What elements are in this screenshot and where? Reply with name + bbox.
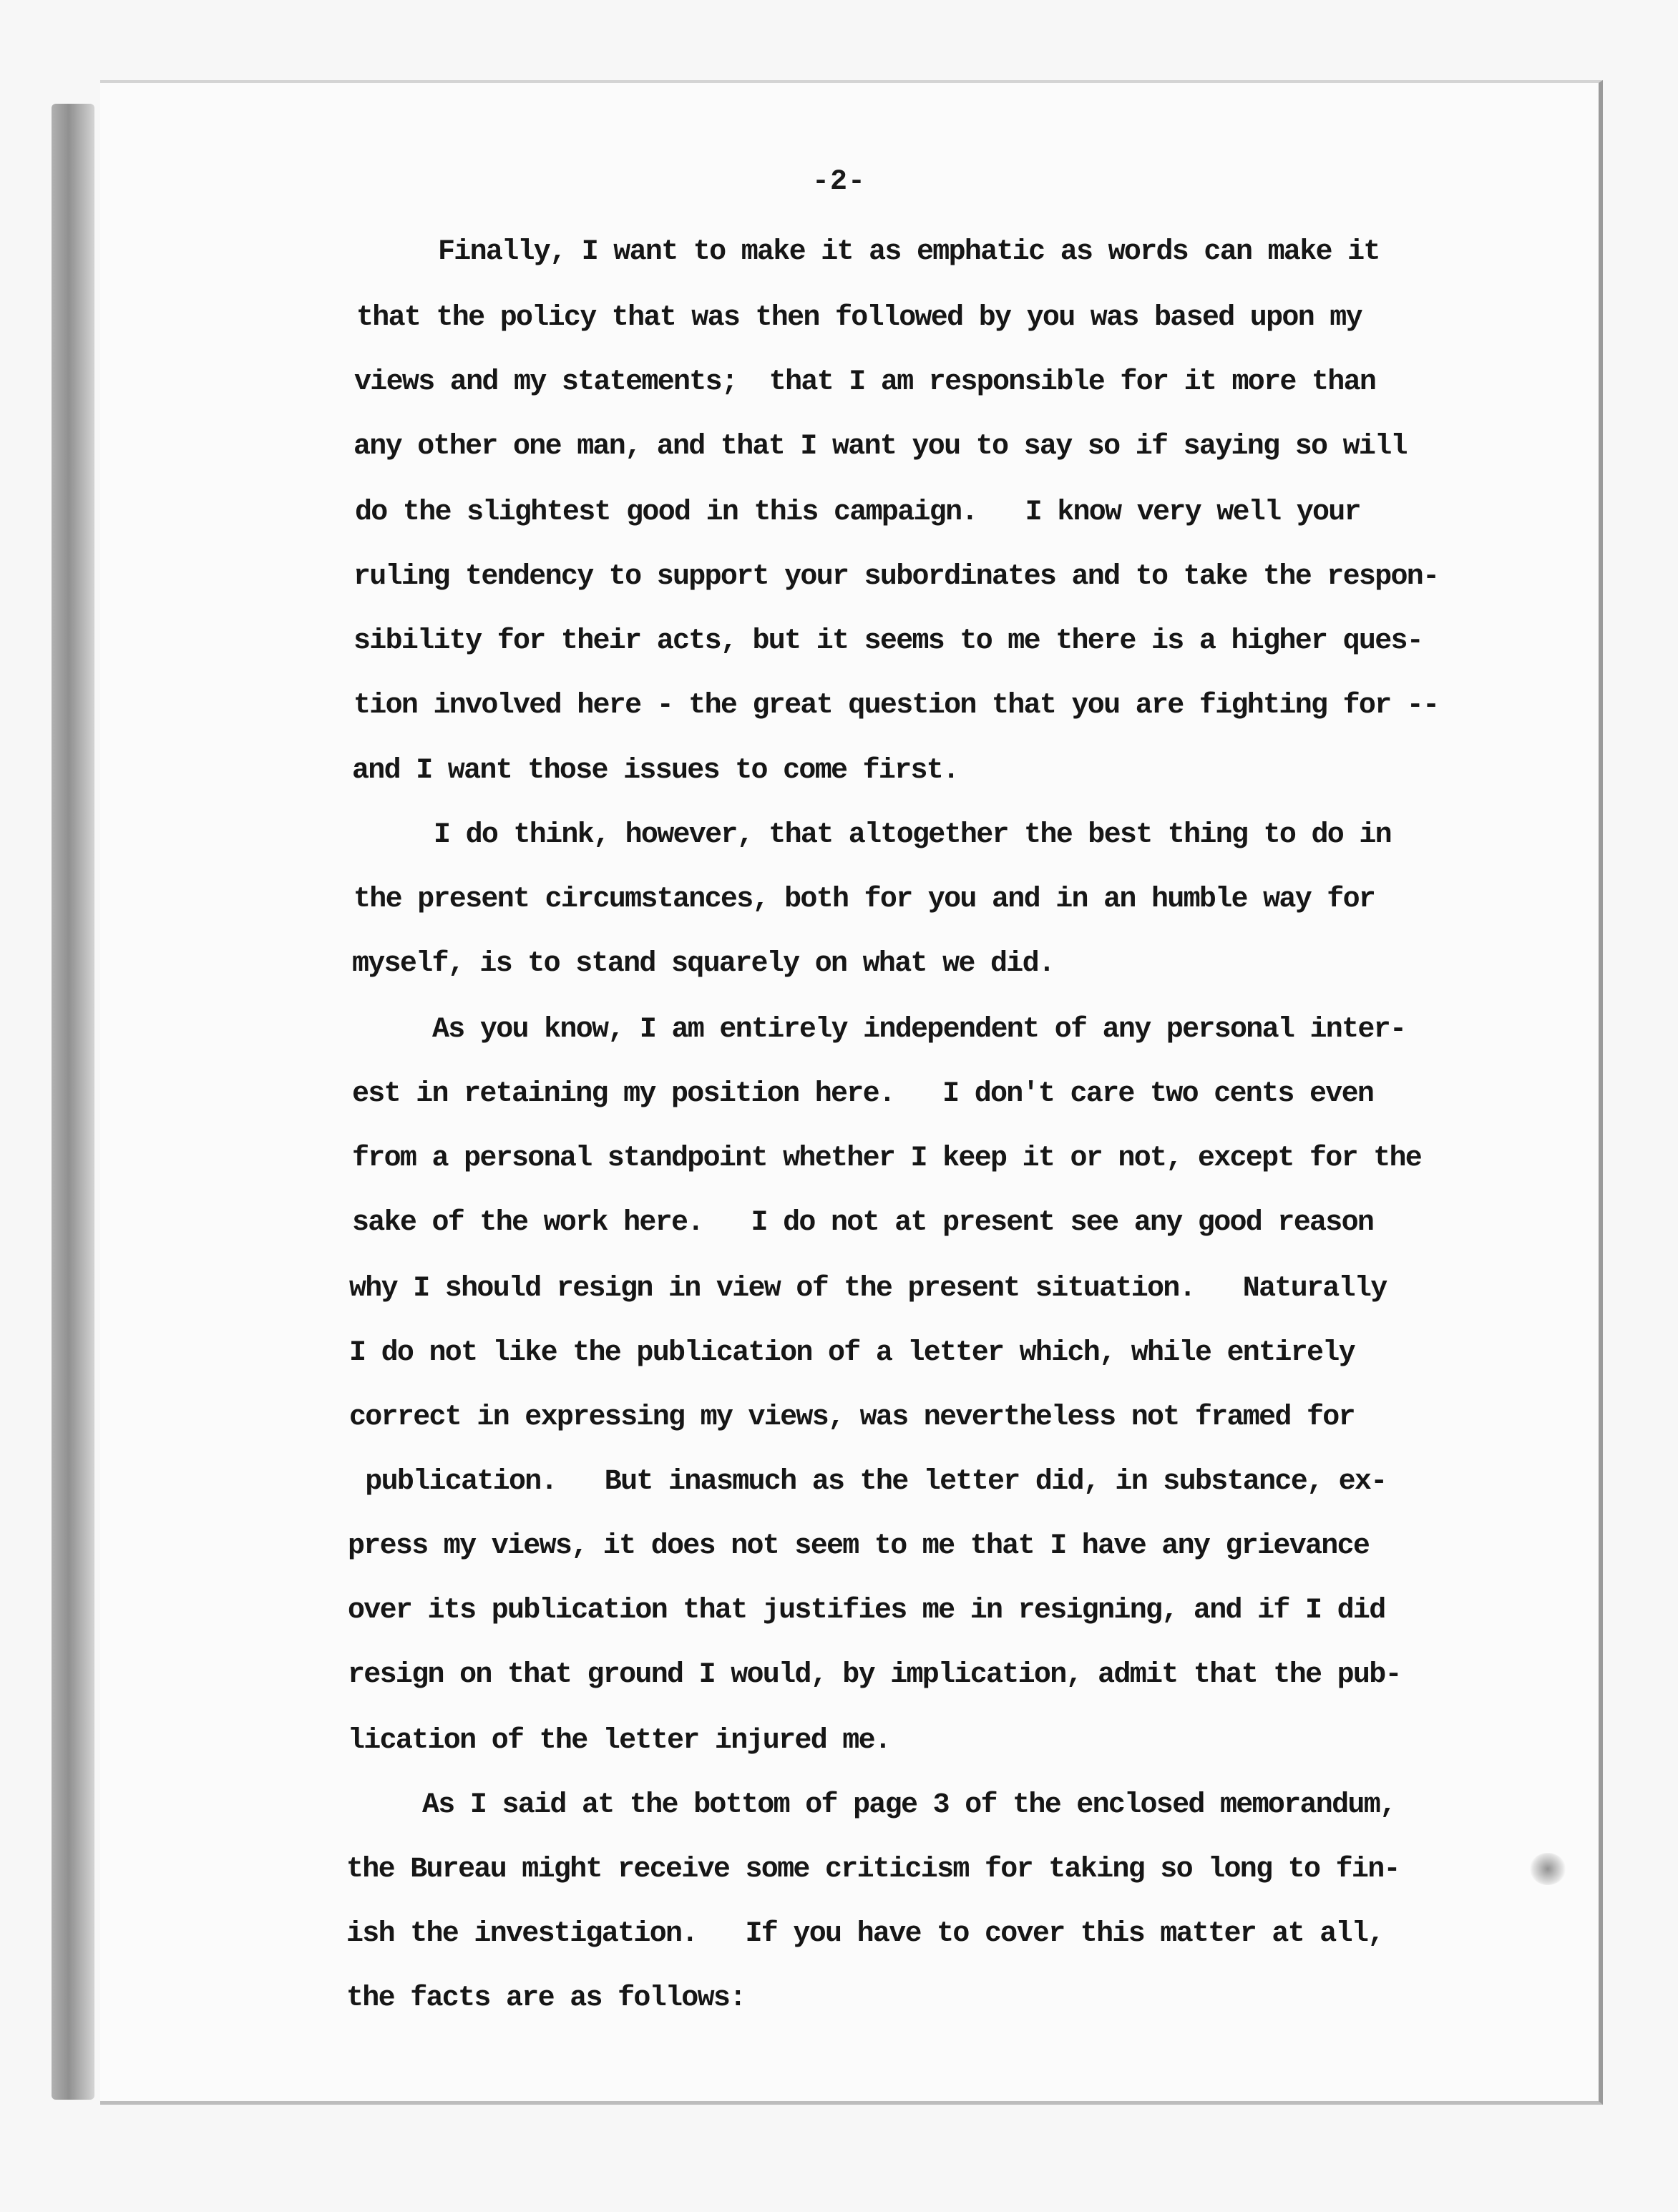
text-line: resign on that ground I would, by implic… xyxy=(348,1659,1401,1691)
text-line: lication of the letter injured me. xyxy=(348,1725,890,1757)
text-line: the Bureau might receive some criticism … xyxy=(346,1854,1400,1886)
text-line: ruling tendency to support your subordin… xyxy=(353,561,1438,593)
text-line: As I said at the bottom of page 3 of the… xyxy=(422,1789,1395,1821)
text-line: the present circumstances, both for you … xyxy=(353,884,1375,916)
text-line: over its publication that justifies me i… xyxy=(348,1595,1385,1627)
text-line: do the slightest good in this campaign. … xyxy=(355,496,1360,529)
text-line: est in retaining my position here. I don… xyxy=(352,1078,1373,1110)
text-line: views and my statements; that I am respo… xyxy=(354,366,1375,398)
text-line: tion involved here - the great question … xyxy=(353,690,1438,722)
page-binding-shadow xyxy=(52,104,94,2100)
text-line: and I want those issues to come first. xyxy=(352,755,958,787)
text-line: ish the investigation. If you have to co… xyxy=(346,1918,1384,1950)
text-line: I do think, however, that altogether the… xyxy=(434,819,1391,851)
text-line: press my views, it does not seem to me t… xyxy=(348,1530,1369,1562)
text-line: from a personal standpoint whether I kee… xyxy=(352,1142,1421,1175)
text-line: why I should resign in view of the prese… xyxy=(349,1273,1387,1305)
page-number: -2- xyxy=(0,166,1678,198)
text-line: I do not like the publication of a lette… xyxy=(349,1337,1355,1369)
ink-smudge xyxy=(1530,1853,1566,1885)
text-line: myself, is to stand squarely on what we … xyxy=(352,948,1054,980)
text-line: sake of the work here. I do not at prese… xyxy=(352,1207,1373,1239)
text-line: any other one man, and that I want you t… xyxy=(353,431,1407,463)
text-line: publication. But inasmuch as the letter … xyxy=(349,1466,1387,1498)
text-line: sibility for their acts, but it seems to… xyxy=(353,625,1423,657)
text-line: the facts are as follows: xyxy=(346,1982,746,2015)
text-line: As you know, I am entirely independent o… xyxy=(432,1014,1405,1046)
text-line: correct in expressing my views, was neve… xyxy=(349,1401,1355,1434)
text-line: that the policy that was then followed b… xyxy=(356,302,1362,334)
text-line: Finally, I want to make it as emphatic a… xyxy=(438,236,1380,268)
